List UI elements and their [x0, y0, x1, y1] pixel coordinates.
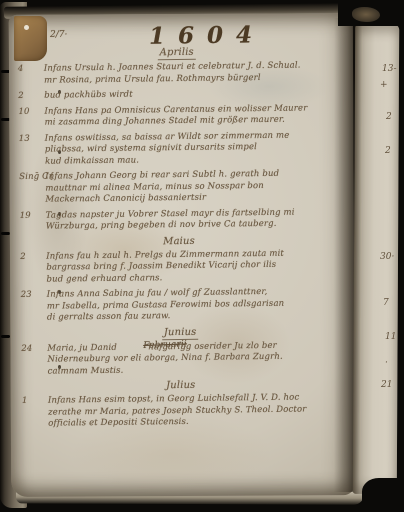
register-entry: 19 Tagdas napster ju Vobrer Stasel mayr …	[22, 207, 336, 234]
entry-text: Infans fau h zaul h. Prelgs du Zimmerman…	[46, 248, 336, 286]
binding-tie-mark	[1, 232, 10, 235]
entry-day: 23	[21, 290, 47, 302]
entry-text: Infans Hans pa Omnisicus Carentanus ein …	[44, 103, 334, 130]
month-label: Julius	[164, 380, 197, 392]
entry-day: 13	[19, 133, 45, 145]
adjacent-page-number: 2	[385, 146, 391, 156]
entry-text: Infans oswitissa, sa baissa ar Wildt sor…	[45, 130, 335, 168]
entry-text: Infans Ursula h. Joannes Stauri et celeb…	[44, 60, 334, 87]
register-entry: 4 Infans Ursula h. Joannes Stauri et cel…	[20, 60, 334, 87]
entry-text: Infans Hans esim topst, in Georg Luichls…	[48, 392, 338, 430]
month-header: Julius	[24, 378, 338, 394]
entry-day: 2	[18, 91, 44, 103]
adjacent-page-number: 2	[386, 112, 392, 122]
register-entry: Sinḡ C{ Infans Johann Georg bi rear sari…	[21, 168, 335, 206]
month-header: Aprilis	[20, 45, 334, 62]
entry-day: 19	[20, 210, 46, 222]
manuscript-photo: 1604 2/7· Aprilis 4 Infans Ursula h. Joa…	[0, 0, 404, 512]
binding-tie-mark	[1, 335, 10, 338]
entry-day: 2	[20, 251, 46, 263]
adjacent-page-number: 13-	[382, 64, 397, 74]
month-label: Junius	[162, 326, 199, 339]
month-label: Maius	[161, 235, 197, 247]
register-list: Aprilis 4 Infans Ursula h. Joannes Staur…	[20, 44, 339, 434]
register-entry: 10 Infans Hans pa Omnisicus Carentanus e…	[20, 103, 334, 130]
register-entry: 24 Maria, ju Danid hafgarigg oserider Ju…	[23, 340, 337, 378]
register-entry: 13 Infans oswitissa, sa baissa ar Wildt …	[21, 130, 335, 168]
register-entry: 2 Infans fau h zaul h. Prelgs du Zimmerm…	[22, 248, 336, 286]
month-label: Aprilis	[158, 47, 196, 60]
entry-day: Sinḡ C{	[19, 172, 45, 184]
register-entry: 1 Infans Hans esim topst, in Georg Luich…	[24, 392, 338, 430]
adjacent-page-number: 11	[385, 332, 396, 342]
month-header: Maius	[22, 234, 336, 250]
adjacent-page-number: 30·	[380, 252, 394, 262]
entry-day: 10	[18, 106, 44, 118]
entry-text: Infans Anna Sabina ju fau / wolf gf Zuas…	[47, 286, 337, 324]
register-entry: 2 bud packhübs wirdt	[20, 87, 334, 102]
entry-day: 4	[18, 64, 44, 76]
adjacent-page-number: 21	[381, 380, 392, 390]
tape-hole	[24, 25, 29, 30]
folio-mark: 2/7·	[50, 30, 67, 40]
entry-text: Infans Johann Georg bi rear sari Subtl h…	[45, 168, 335, 206]
entry-text: bud packhübs wirdt	[44, 87, 334, 102]
entry-day: 1	[22, 396, 48, 408]
entry-day: 24	[21, 343, 47, 355]
tattered-page-corner	[352, 7, 380, 22]
adjacent-page-number: 7	[383, 298, 389, 308]
entry-text: Tagdas napster ju Vobrer Stasel mayr dis…	[46, 207, 336, 234]
register-entry: 23 Infans Anna Sabina ju fau / wolf gf Z…	[23, 286, 337, 324]
adjacent-page-number: +	[380, 80, 388, 90]
edge-numbers: 13-+2230·711·21	[354, 24, 398, 494]
adjacent-page-number: ·	[385, 358, 388, 368]
entry-text: Maria, ju Danid hafgarigg oserider Ju zl…	[47, 340, 337, 378]
